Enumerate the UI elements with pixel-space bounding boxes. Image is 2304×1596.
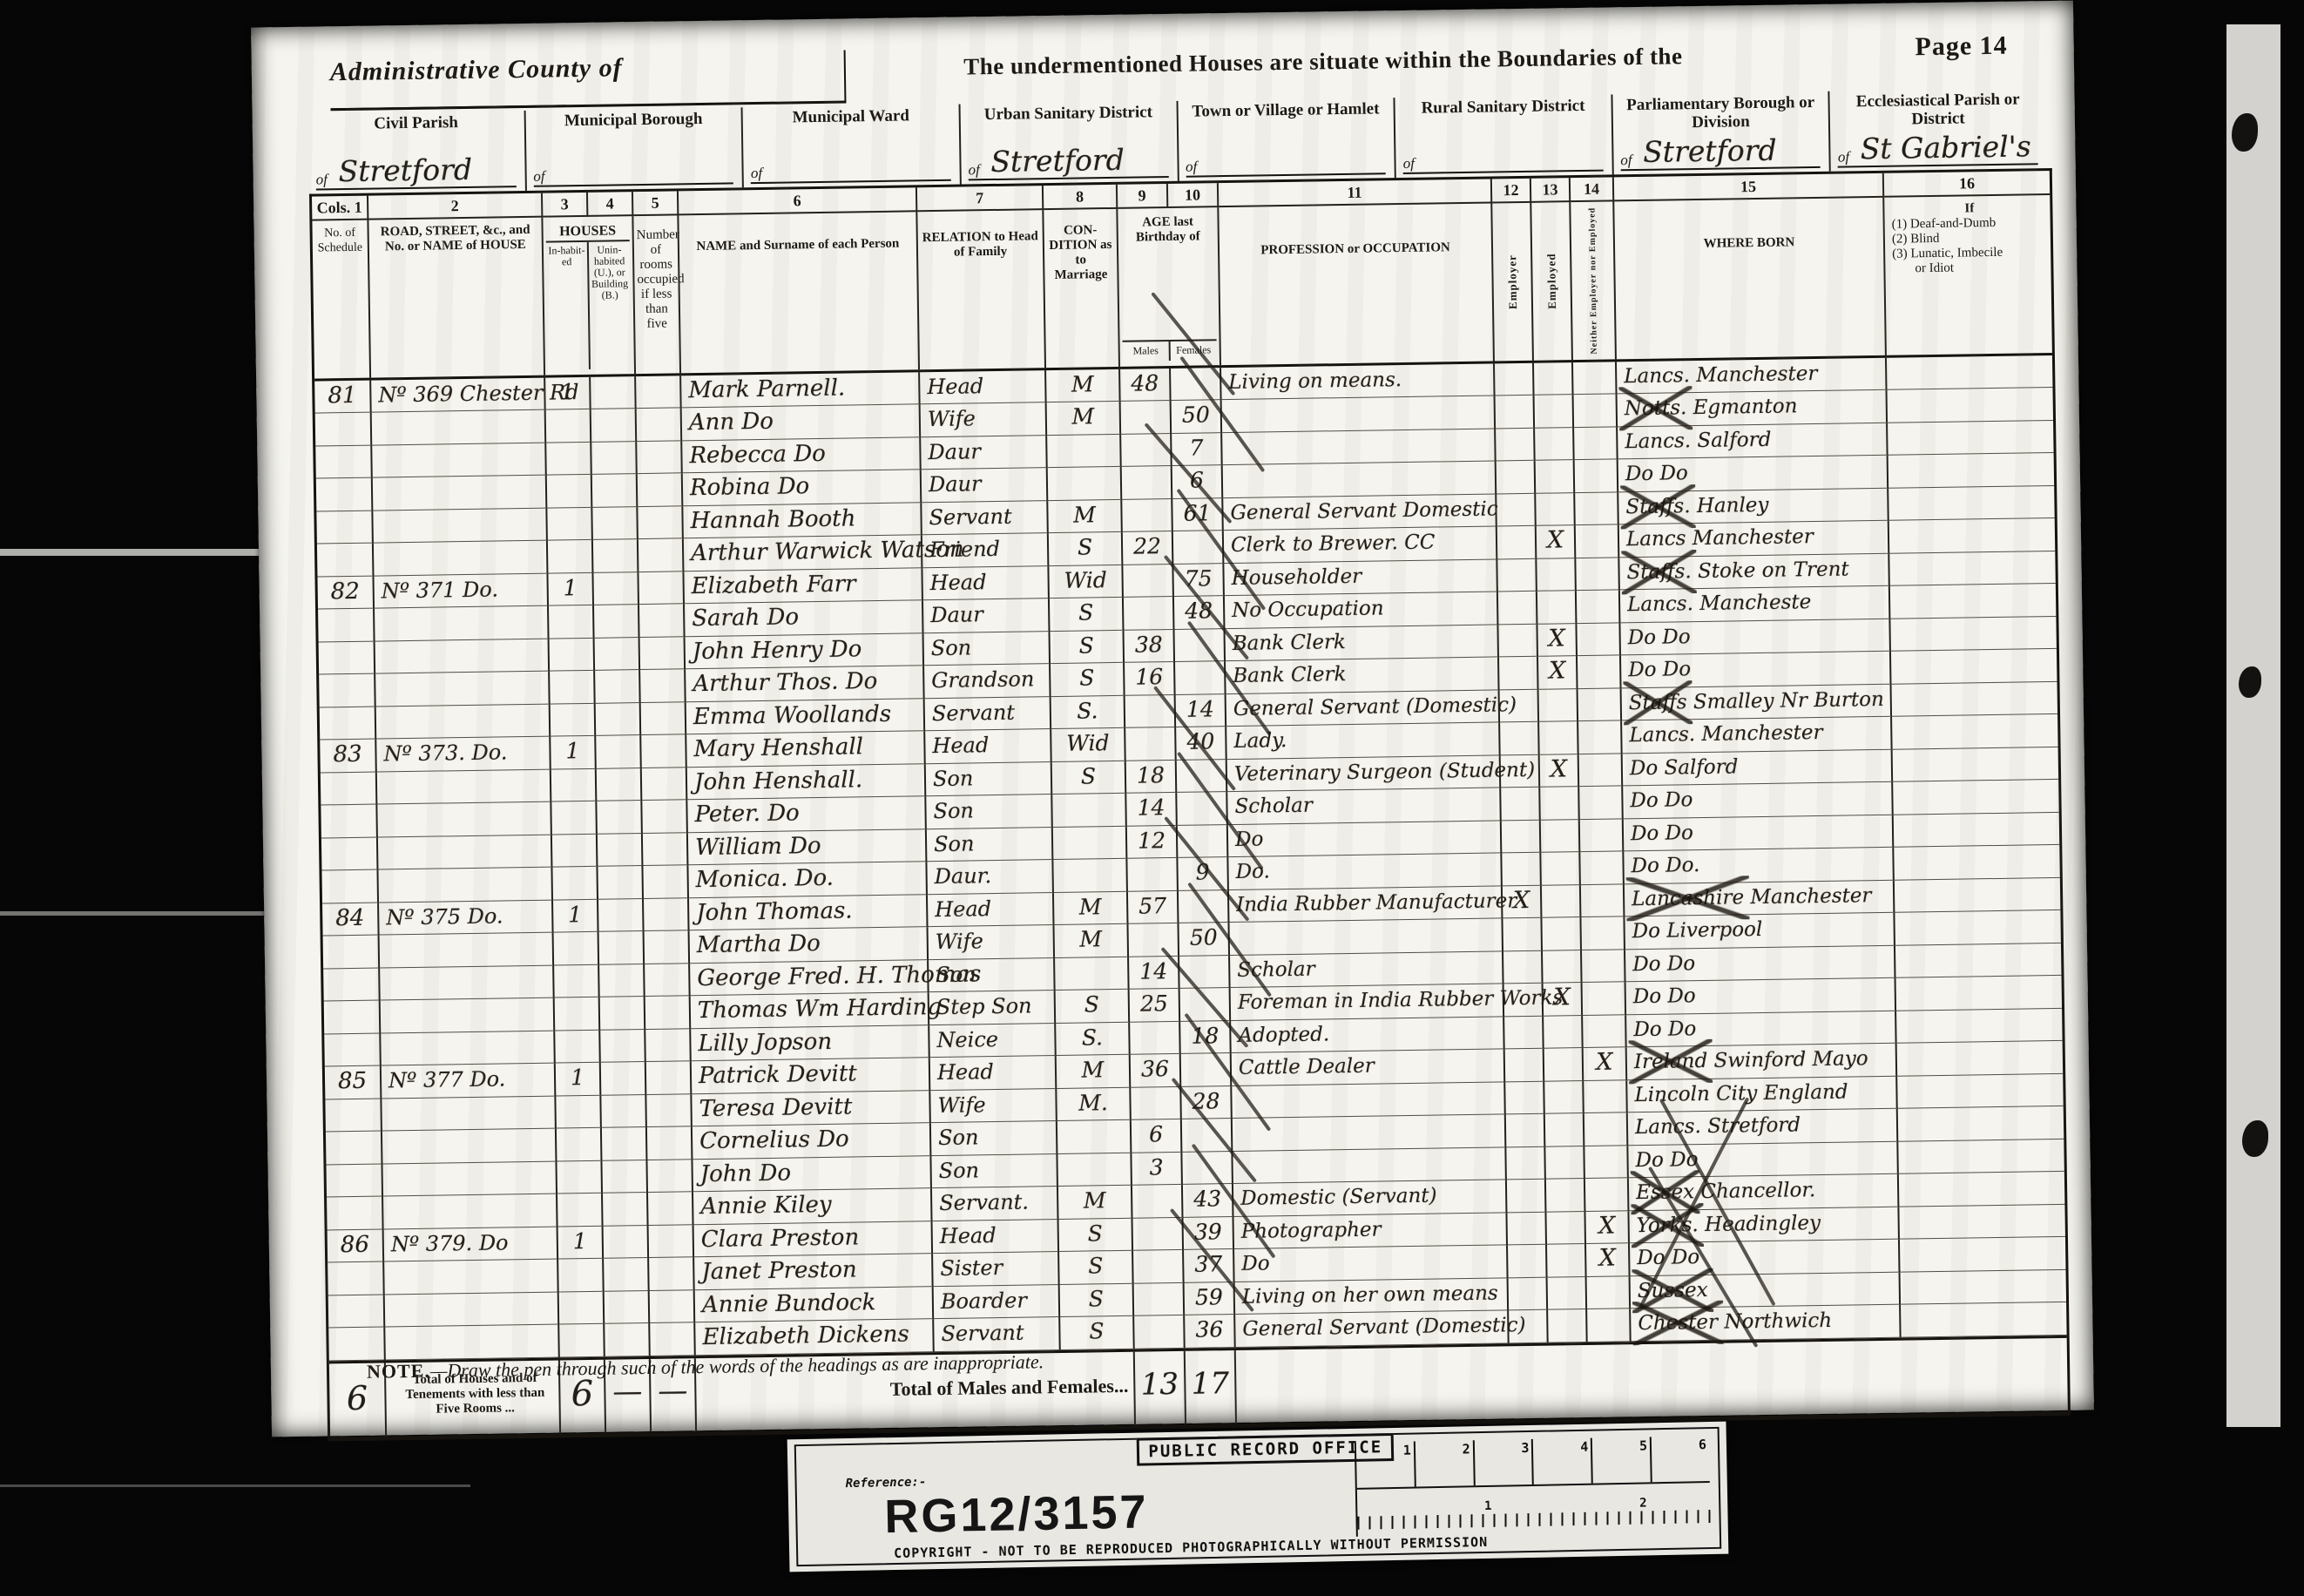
district-label: Ecclesiastical Parish or District [1835,88,2041,129]
inhabited-cell [555,997,601,1031]
employer-cell [1500,722,1540,755]
road-cell [381,998,556,1033]
where-born-cell: Do Do [1626,1011,1897,1047]
inhabited-cell [552,835,598,868]
rooms-cell [645,930,691,964]
of-prefix: of [316,171,328,188]
employer-cell [1497,494,1537,527]
houses-header-group: HOUSES In-habit-ed Unin-habited (U.), or… [543,216,636,375]
employer-cell: X [1503,885,1543,918]
road-cell [384,1260,559,1295]
condition-cell: S [1051,663,1125,697]
infirmity-cell [1895,910,2061,945]
inhabited-cell [554,932,600,965]
neither-cell [1587,1309,1632,1342]
where-born-cell: Do Do [1621,652,1892,688]
rooms-cell [648,1192,694,1225]
struck-word: Staffs. [1626,557,1692,587]
employer-cell [1508,1245,1548,1278]
employer-cell [1501,788,1541,821]
uninhabited-cell [593,572,639,605]
name-cell: Arthur Warwick Watson [684,535,923,571]
condition-cell: M [1047,402,1122,436]
employed-cell [1548,1277,1588,1310]
occupation-cell [1233,1115,1507,1152]
neither-cell [1573,362,1618,395]
inhabited-cell [552,867,598,900]
employed-cell [1540,787,1580,820]
name-cell: John Do [693,1156,932,1193]
uninhabited-cell [591,376,637,409]
schedule-cell [319,641,376,674]
ruler-cm-cell: 6 [1652,1436,1710,1482]
age-male-cell [1134,1283,1186,1316]
occupation-cell: Bank Clerk [1225,625,1499,661]
district-field-ecclesiastical-parish-or-district: Ecclesiastical Parish or DistrictofSt Ga… [1828,88,2047,172]
column-number: 12 [1492,179,1531,204]
district-entry-line: of [1402,135,1603,174]
employed-cell [1535,395,1575,428]
schedule-cell [323,936,381,969]
occupation-cell: Scholar [1230,951,1504,988]
road-cell [377,802,552,837]
district-value: St Gabriel's [1860,129,2030,166]
age-male-cell [1123,565,1174,598]
rooms-cell [646,1094,693,1127]
where-born-cell: Staffs. Stoke on Trent [1619,554,1890,591]
infirmity-cell [1900,1237,2066,1272]
column-number: 10 [1168,183,1219,208]
employer-cell [1497,461,1537,494]
name-cell: Rebecca Do [682,437,922,474]
film-scratch [0,911,267,916]
name-cell: Sarah Do [685,600,924,637]
rooms-cell [644,898,690,931]
district-field-civil-parish: Civil ParishofStretford [308,111,525,194]
name-cell: Emma Woollands [686,699,926,735]
uninhabited-cell [597,768,643,801]
name-cell: Lilly Jopson [691,1025,930,1062]
infirmity-cell [1890,584,2057,619]
road-cell [382,1096,557,1131]
rooms-cell [641,702,687,735]
infirmity-cell [1893,780,2059,815]
neither-cell [1580,852,1625,885]
road-header: ROAD, STREET, &c., and No. or NAME of HO… [368,218,545,378]
age-male-cell: 48 [1120,369,1172,402]
where-born-cell: Lancs. Manchester [1617,358,1888,395]
employed-cell [1536,460,1576,493]
where-born-cell: Do Liverpool [1625,913,1895,950]
name-cell: Clara Preston [694,1221,934,1258]
condition-cell: S [1050,598,1125,632]
uninhabited-cell [604,1226,650,1259]
where-born-cell: Lincoln City England [1627,1076,1898,1112]
neither-cell [1583,983,1627,1016]
district-value: Stretford [990,143,1125,179]
relation-cell: Head [930,1056,1057,1091]
neither-cell: X [1586,1244,1631,1277]
relation-cell: Daur [922,468,1049,503]
uninhabited-cell [594,605,640,638]
employed-cell: X [1544,983,1584,1016]
occupation-cell: Do [1234,1246,1509,1282]
ruler-cm-cell: 5 [1592,1437,1652,1483]
uninhabited-cell [602,1160,648,1194]
employer-cell [1497,526,1537,559]
road-cell: Nº 369 Chester Rd [371,377,546,412]
uninhabited-cell [595,638,641,671]
name-cell: John Henry Do [686,633,925,670]
column-number: 6 [679,187,917,215]
inhabited-cell [546,409,592,443]
neither-cell [1578,656,1622,689]
column-number: 2 [368,193,543,220]
infirmity-cell [1888,486,2055,521]
infirmity-cell [1899,1205,2065,1240]
employed-cell [1544,1081,1584,1114]
relation-cell: Wife [929,925,1056,960]
employed-header: Employed [1531,202,1573,360]
relation-cell: Head [925,729,1052,764]
schedule-cell: 86 [328,1229,385,1262]
name-cell: Annie Kiley [693,1188,933,1225]
employer-cell [1496,396,1536,429]
age-male-cell [1130,1022,1181,1055]
occupation-cell: India Rubber Manufacturer [1229,886,1503,923]
neither-header: Neither Employer nor Employed [1571,201,1617,359]
road-cell [375,639,551,673]
infirmity-cell [1897,1074,2064,1109]
infirmity-header-line: or Idiot [1892,260,2048,277]
employed-cell: X [1537,624,1578,657]
infirmity-cell [1889,551,2056,586]
uninhabited-cell [599,931,645,964]
condition-cell [1047,435,1122,469]
age-male-cell: 12 [1127,826,1179,859]
census-table: Cols. 12345678910111213141516 No. of Sch… [309,168,2071,1441]
ruler-cm-cell: 1 [1356,1442,1416,1488]
schedule-cell: 84 [322,903,380,936]
name-cell: Mark Parnell. [681,372,921,409]
stamp-reference-label: Reference:- [845,1475,926,1491]
where-born-cell: Notts. Egmanton [1618,390,1888,427]
rooms-cell [638,474,684,507]
condition-cell: S [1059,1251,1134,1285]
uninhabited-cell [596,735,642,768]
road-cell: Nº 377 Do. [382,1064,557,1099]
district-field-municipal-borough: Municipal Boroughof [524,107,742,191]
schedule-cell [327,1197,384,1230]
born-rest: Headingley [1699,1212,1821,1236]
name-cell: Martha Do [690,927,929,964]
where-born-cell: Do Do [1628,1141,1899,1178]
schedule-cell: 81 [314,380,372,413]
district-entry-line: ofStretford [1620,132,1821,171]
schedule-cell [316,511,374,544]
name-cell: Monica. Do. [688,862,928,898]
relation-cell: Wife [921,402,1048,437]
road-cell [381,1031,556,1065]
employer-header: Employer [1492,203,1534,361]
road-cell [378,835,553,869]
district-entry-line: ofStretford [315,151,516,190]
name-cell: Peter. Do [687,796,927,833]
district-field-parliamentary-borough-or-division: Parliamentary Borough or DivisionofStret… [1611,91,1829,175]
district-label: Municipal Borough [530,107,736,130]
schedule-cell [324,1033,382,1066]
condition-cell: S [1059,1218,1134,1252]
film-scratch [0,549,263,556]
district-entry-line: of [533,147,733,186]
neither-cell [1576,525,1620,558]
relation-cell: Friend [922,533,1050,568]
relation-cell: Son [926,762,1053,797]
relation-cell: Head [920,370,1047,405]
schedule-header: No. of Schedule [312,220,371,379]
public-record-office-stamp: PUBLIC RECORD OFFICE Reference:- RG12/31… [787,1422,1729,1572]
schedule-cell [319,674,376,707]
occupation-cell: General Servant (Domestic) [1235,1311,1510,1348]
inhabited-cell: 1 [545,377,591,410]
employed-cell [1539,689,1579,722]
schedule-cell [321,870,379,903]
name-cell: Ann Do [682,404,922,441]
condition-cell: S [1056,990,1131,1024]
occupation-cell [1222,429,1497,465]
microfilm-frame: Administrative County of The undermentio… [0,0,2304,1596]
males-total: 13 [1135,1351,1186,1425]
rooms-cell [642,768,688,801]
employer-cell [1503,950,1544,984]
name-cell: John Thomas. [689,895,929,931]
infirmity-header: If(1) Deaf-and-Dumb(2) Blind(3) Lunatic,… [1884,195,2052,355]
relation-cell: Son [931,1121,1058,1156]
age-male-cell [1122,466,1173,499]
uninhabited-cell [591,409,638,442]
condition-cell [1048,467,1123,501]
neither-cell [1576,558,1620,591]
age-male-cell: 25 [1130,989,1181,1022]
relation-cell: Son [926,795,1053,829]
relation-cell: Son [931,1154,1058,1189]
born-rest: Smalley Nr Burton [1686,688,1884,713]
where-born-cell: Do Do [1624,815,1895,851]
inhabited-cell [551,769,598,802]
stamp-ruler: 123456 1 2 [1355,1436,1711,1537]
where-born-cell: Staffs Smalley Nr Burton [1622,684,1893,720]
administrative-county-blank [330,84,565,110]
employed-cell [1535,428,1575,461]
district-entry-line: ofStretford [968,141,1168,180]
relation-cell: Neice [929,1024,1057,1058]
name-cell: Elizabeth Farr [684,568,923,605]
condition-cell: M [1048,500,1123,534]
where-born-cell: Essex Chancellor. [1629,1174,1900,1211]
relation-header: RELATION to Head of Family [917,210,1046,369]
inhabited-cell: 1 [548,573,594,606]
struck-word: Ireland [1634,1046,1708,1077]
occupation-cell: Clerk to Brewer. CC [1224,527,1498,564]
where-born-cell: Do Do [1623,782,1894,819]
schedule-cell: 83 [320,740,377,773]
schedule-cell [315,445,373,478]
condition-cell [1057,1153,1132,1187]
ruler-inch-scale: 1 2 [1357,1483,1711,1535]
where-born-cell: Lancs Manchester [1619,521,1890,558]
rooms-cell [650,1322,696,1356]
infirmity-cell [1898,1140,2064,1174]
occupation-cell: General Servant Domestic [1223,494,1497,531]
rooms-cell [637,441,683,474]
employer-cell [1506,1146,1546,1180]
employer-cell [1496,429,1536,462]
age-male-cell [1121,434,1172,467]
where-born-cell: Do Do [1625,945,1896,982]
schedule-cell [321,772,378,805]
relation-cell: Servant. [932,1187,1059,1221]
age-male-cell: 3 [1132,1153,1183,1186]
uninhabited-cell [599,964,645,997]
uninhabited-cell [600,997,646,1030]
schedule-cell [318,609,375,642]
condition-cell: Wid [1051,728,1126,762]
employer-cell [1504,1016,1544,1049]
neither-cell [1583,1015,1627,1048]
infirmity-cell [1888,453,2055,488]
of-prefix: of [533,168,545,186]
rooms-cell [647,1126,693,1160]
where-born-cell: Yorks. Headingley [1629,1207,1900,1243]
schedule-cell [328,1295,386,1328]
rooms-cell [643,833,689,866]
employed-cell [1546,1212,1586,1245]
condition-cell: Wid [1049,565,1124,599]
road-cell [373,508,548,543]
inhabited-cell: 1 [551,736,597,769]
employed-cell [1545,1113,1585,1146]
neither-cell [1575,460,1619,493]
relation-cell: Servant [925,697,1052,732]
employed-cell [1548,1309,1588,1342]
occupation-cell: Domestic (Servant) [1233,1180,1508,1217]
condition-cell: M [1057,1055,1132,1089]
of-prefix: of [1186,159,1198,176]
where-born-cell: Lancs. Salford [1618,423,1888,460]
inhabited-cell: 1 [558,1226,605,1259]
district-field-rural-sanitary-district: Rural Sanitary Districtof [1394,94,1612,178]
occupation-header: PROFESSION or OCCUPATION [1219,203,1495,364]
road-cell: Nº 371 Do. [374,573,549,608]
of-prefix: of [968,161,980,179]
road-cell [377,769,552,804]
inhabited-cell: 1 [553,900,599,933]
struck-word: Notts. [1625,393,1687,423]
uninhabited-cell [602,1127,648,1160]
rooms-cell [640,670,686,703]
employed-cell: X [1538,656,1578,689]
occupation-cell: No Occupation [1225,592,1499,629]
infirmity-cell [1887,388,2053,423]
uninhabited-cell [600,1030,646,1063]
inhabited-cell [548,540,594,573]
occupation-cell [1232,1082,1506,1119]
ruler-inch-1: 1 [1484,1499,1492,1513]
where-born-cell: Lancashire Manchester [1625,880,1895,916]
infirmity-cell [1894,813,2060,848]
relation-cell: Servant [934,1317,1061,1352]
inhabited-cell [554,965,600,998]
age-female-cell: 18 [1180,1021,1232,1054]
age-male-cell [1121,401,1172,434]
rooms-cell [641,735,687,768]
employed-cell [1541,820,1581,853]
condition-cell [1053,827,1128,861]
road-cell [375,606,550,641]
age-female-cell: 40 [1176,727,1227,760]
infirmity-cell [1887,355,2053,390]
name-cell: Patrick Devitt [692,1058,931,1094]
name-cell: William Do [688,829,928,866]
occupation-cell [1223,462,1497,498]
relation-cell: Head [933,1220,1060,1254]
schedule-cell [324,1001,382,1034]
relation-cell: Boarder [934,1285,1061,1320]
where-born-cell: Do Do [1620,619,1891,655]
inhabited-cell [555,1031,601,1064]
inhabited-cell [546,443,592,476]
film-scratch [0,1484,470,1487]
age-male-cell [1122,499,1173,532]
occupation-cell: Scholar [1227,788,1502,825]
age-header: AGE last Birthday of [1120,213,1216,340]
employed-cell [1542,917,1582,950]
employer-cell [1501,754,1541,788]
uninhabited-cell [592,507,638,540]
employed-cell [1541,852,1581,885]
occupation-cell: Foreman in India Rubber Works [1231,984,1505,1021]
employed-cell [1544,1048,1584,1081]
road-cell [380,965,555,1000]
relation-cell: Servant [922,501,1049,536]
district-label: Urban Sanitary District [965,101,1171,124]
age-male-cell [1125,695,1177,728]
uninhabited-cell [605,1291,651,1324]
inhabited-cell [549,605,595,639]
inhabited-cell [556,1096,602,1129]
rooms-cell [650,1290,696,1323]
district-field-urban-sanitary-district: Urban Sanitary DistrictofStretford [958,101,1177,185]
occupation-cell: Photographer [1233,1213,1508,1249]
district-value: Stretford [338,152,472,188]
neither-cell [1581,917,1625,950]
page-number: Page 14 [1915,31,2008,63]
road-cell: Nº 379. Do [384,1227,559,1261]
uninhabited-cell [604,1258,650,1291]
employer-cell [1500,689,1540,722]
uninhabited-cell [592,474,638,507]
employer-cell [1505,1081,1545,1114]
born-rest: Egmanton [1686,396,1797,420]
age-male-cell: 6 [1132,1119,1183,1153]
column-number: 8 [1044,185,1118,210]
uninhabited-cell [596,703,642,736]
employed-cell [1536,493,1576,526]
ruler-inch-2: 2 [1639,1496,1647,1510]
uninhabited-cell [601,1095,647,1128]
rooms-cell [636,375,682,409]
district-entry-line: of [1186,138,1386,177]
